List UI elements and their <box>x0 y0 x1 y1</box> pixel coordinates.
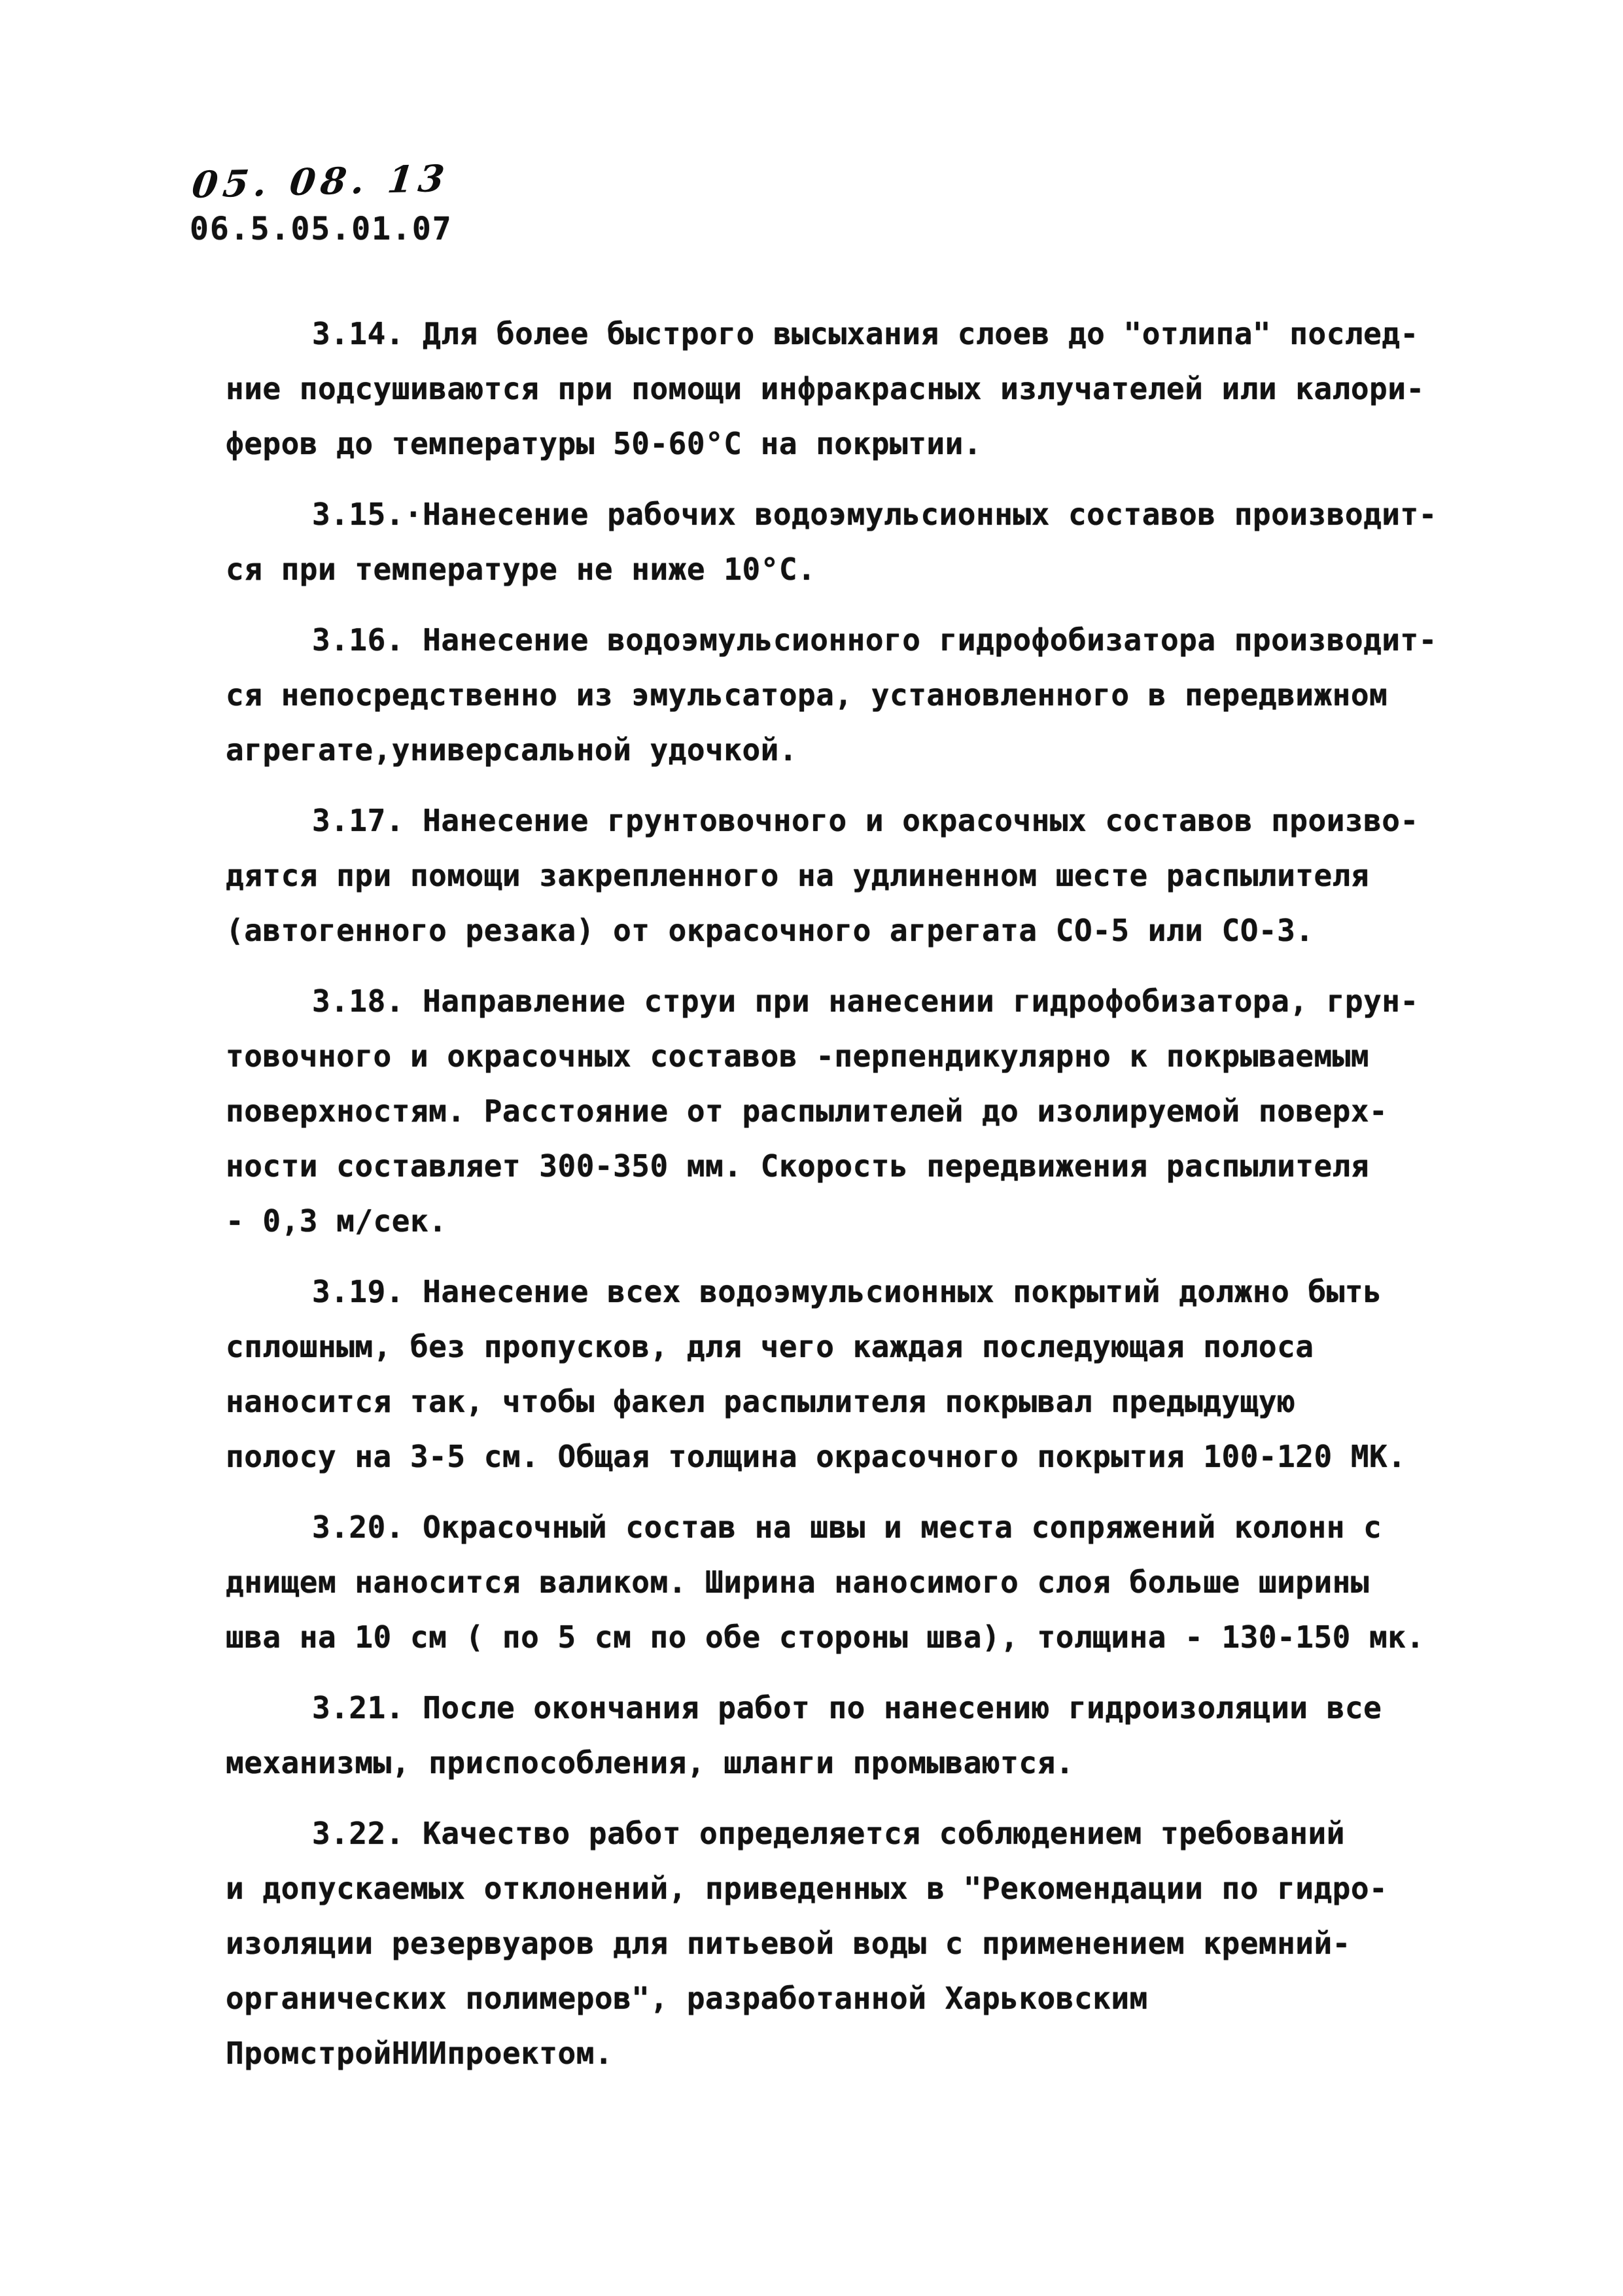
header-codes: 05. 08. 13 06.5.05.01.07 <box>190 164 453 247</box>
paragraph-3-20: 3.20. Окрасочный состав на швы и места с… <box>226 1500 1462 1665</box>
paragraph-3-16: 3.16. Нанесение водоэмульсионного гидроф… <box>226 612 1462 777</box>
paragraph-3-19: 3.19. Нанесение всех водоэмульсионных по… <box>226 1264 1462 1484</box>
paragraph-3-21: 3.21. После окончания работ по нанесению… <box>226 1680 1462 1790</box>
paragraph-3-17: 3.17. Нанесение грунтовочного и окрасочн… <box>226 793 1462 958</box>
paragraph-3-14: 3.14. Для более быстрого высыхания слоев… <box>226 306 1462 471</box>
document-code: 06.5.05.01.07 <box>190 211 453 247</box>
document-page: 05. 08. 13 06.5.05.01.07 3.14. Для более… <box>0 0 1623 2296</box>
document-text: 3.14. Для более быстрого высыхания слоев… <box>226 306 1462 2096</box>
paragraph-3-18: 3.18. Направление струи при нанесении ги… <box>226 974 1462 1248</box>
paragraph-3-15: 3.15.·Нанесение рабочих водоэмульсионных… <box>226 487 1462 597</box>
paragraph-3-22: 3.22. Качество работ определяется соблюд… <box>226 1806 1462 2081</box>
handwritten-code: 05. 08. 13 <box>190 157 459 207</box>
